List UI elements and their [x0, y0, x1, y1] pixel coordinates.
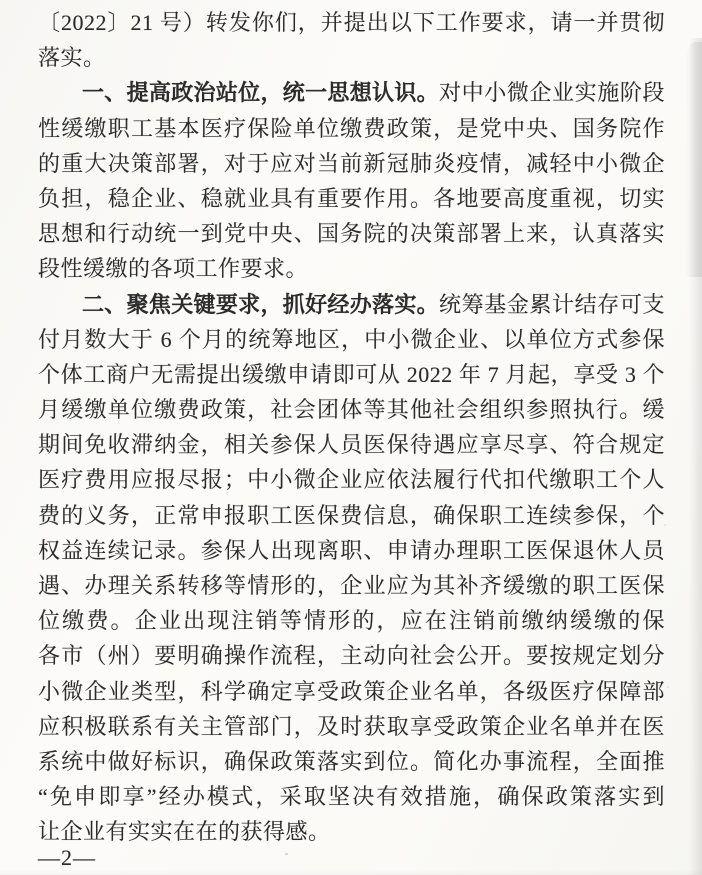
body-text: 各市（州）要明确操作流程，主动向社会公开。要按规定划分中	[38, 643, 665, 673]
body-text: 的重大决策部署，对于应对当前新冠肺炎疫情，减轻中小微企业	[38, 151, 665, 181]
document-body: 〔2022〕21 号）转发你们，并提出以下工作要求，请一并贯彻落实。一、提高政治…	[38, 5, 665, 850]
scan-shadow-bottom-edge	[0, 870, 702, 875]
document-line: 期间免收滞纳金，相关参保人员医保待遇应享尽享、符合规定的	[38, 427, 665, 462]
document-line: 一、提高政治站位，统一思想认识。对中小微企业实施阶段	[38, 75, 665, 110]
body-text: 思想和行动统一到党中央、国务院的决策部署上来，认真落实阶	[38, 221, 665, 251]
document-line: 付月数大于 6 个月的统筹地区，中小微企业、以单位方式参保的	[38, 322, 665, 357]
body-text: “免申即享”经办模式，采取坚决有效措施，确保政策落实到位，	[38, 784, 665, 814]
document-line: 落实。	[38, 40, 665, 75]
body-text: 医疗费用应报尽报；中小微企业应依法履行代扣代缴职工个人缴	[38, 467, 665, 497]
body-text: 性缓缴职工基本医疗保险单位缴费政策，是党中央、国务院作出	[38, 116, 665, 146]
document-line: “免申即享”经办模式，采取坚决有效措施，确保政策落实到位，	[38, 779, 665, 814]
document-line: 位缴费。企业出现注销等情形的，应在注销前缴纳缓缴的保费。	[38, 603, 665, 638]
scanned-document-page: 〔2022〕21 号）转发你们，并提出以下工作要求，请一并贯彻落实。一、提高政治…	[0, 0, 702, 875]
document-line: 个体工商户无需提出缓缴申请即可从 2022 年 7 月起，享受 3 个	[38, 357, 665, 392]
section-heading-text: 二、聚焦关键要求，抓好经办落实。	[82, 292, 439, 317]
document-line: 遇、办理关系转移等情形的，企业应为其补齐缓缴的职工医保单	[38, 568, 665, 603]
body-text: 统筹基金累计结存可支	[439, 292, 665, 317]
document-line: 二、聚焦关键要求，抓好经办落实。统筹基金累计结存可支	[38, 287, 665, 322]
body-text: 权益连续记录。参保人出现离职、申请办理职工医保退休人员待	[38, 538, 665, 568]
body-text: 费的义务，正常申报职工医保费信息，确保职工连续参保，个人	[38, 503, 665, 533]
body-text: 让企业有实实在在的获得感。	[38, 819, 331, 844]
document-line: 负担，稳企业、稳就业具有重要作用。各地要高度重视，切实把	[38, 181, 665, 216]
body-text: 月缓缴单位缴费政策，社会团体等其他社会组织参照执行。缓缴	[38, 397, 665, 427]
document-line: 段性缓缴的各项工作要求。	[38, 251, 665, 286]
document-line: 性缓缴职工基本医疗保险单位缴费政策，是党中央、国务院作出	[38, 111, 665, 146]
scan-speck	[667, 686, 669, 688]
document-line: 月缓缴单位缴费政策，社会团体等其他社会组织参照执行。缓缴	[38, 392, 665, 427]
document-line: 的重大决策部署，对于应对当前新冠肺炎疫情，减轻中小微企业	[38, 146, 665, 181]
document-line: 系统中做好标识，确保政策落实到位。简化办事流程，全面推行	[38, 744, 665, 779]
body-text: 对中小微企业实施阶段	[439, 80, 665, 105]
body-text: 付月数大于 6 个月的统筹地区，中小微企业、以单位方式参保的	[38, 327, 665, 357]
document-line: 各市（州）要明确操作流程，主动向社会公开。要按规定划分中	[38, 638, 665, 673]
scan-speck	[664, 524, 666, 526]
document-line: 费的义务，正常申报职工医保费信息，确保职工连续参保，个人	[38, 498, 665, 533]
document-line: 应积极联系有关主管部门，及时获取享受政策企业名单并在医保	[38, 709, 665, 744]
body-text: 期间免收滞纳金，相关参保人员医保待遇应享尽享、符合规定的	[38, 432, 665, 462]
document-line: 小微企业类型，科学确定享受政策企业名单，各级医疗保障部门	[38, 674, 665, 709]
document-line: 思想和行动统一到党中央、国务院的决策部署上来，认真落实阶	[38, 216, 665, 251]
scan-speck	[285, 853, 288, 855]
body-text: 系统中做好标识，确保政策落实到位。简化办事流程，全面推行	[38, 749, 665, 779]
document-line: 医疗费用应报尽报；中小微企业应依法履行代扣代缴职工个人缴	[38, 462, 665, 497]
body-text: 〔2022〕21 号）转发你们，并提出以下工作要求，请一并贯彻	[38, 10, 665, 35]
document-line: 让企业有实实在在的获得感。	[38, 814, 665, 849]
document-line: 〔2022〕21 号）转发你们，并提出以下工作要求，请一并贯彻	[38, 5, 665, 40]
document-line: 权益连续记录。参保人出现离职、申请办理职工医保退休人员待	[38, 533, 665, 568]
body-text: 落实。	[38, 45, 106, 70]
section-heading-text: 一、提高政治站位，统一思想认识。	[82, 80, 439, 105]
body-text: 位缴费。企业出现注销等情形的，应在注销前缴纳缓缴的保费。	[38, 608, 665, 638]
body-text: 负担，稳企业、稳就业具有重要作用。各地要高度重视，切实把	[38, 186, 665, 216]
scan-shadow-top-right	[685, 42, 702, 277]
body-text: 段性缓缴的各项工作要求。	[38, 256, 308, 281]
page-number: —2—	[38, 843, 96, 873]
body-text: 遇、办理关系转移等情形的，企业应为其补齐缓缴的职工医保单	[38, 573, 665, 603]
body-text: 小微企业类型，科学确定享受政策企业名单，各级医疗保障部门	[38, 679, 665, 709]
body-text: 个体工商户无需提出缓缴申请即可从 2022 年 7 月起，享受 3 个	[38, 362, 665, 387]
body-text: 应积极联系有关主管部门，及时获取享受政策企业名单并在医保	[38, 714, 665, 744]
